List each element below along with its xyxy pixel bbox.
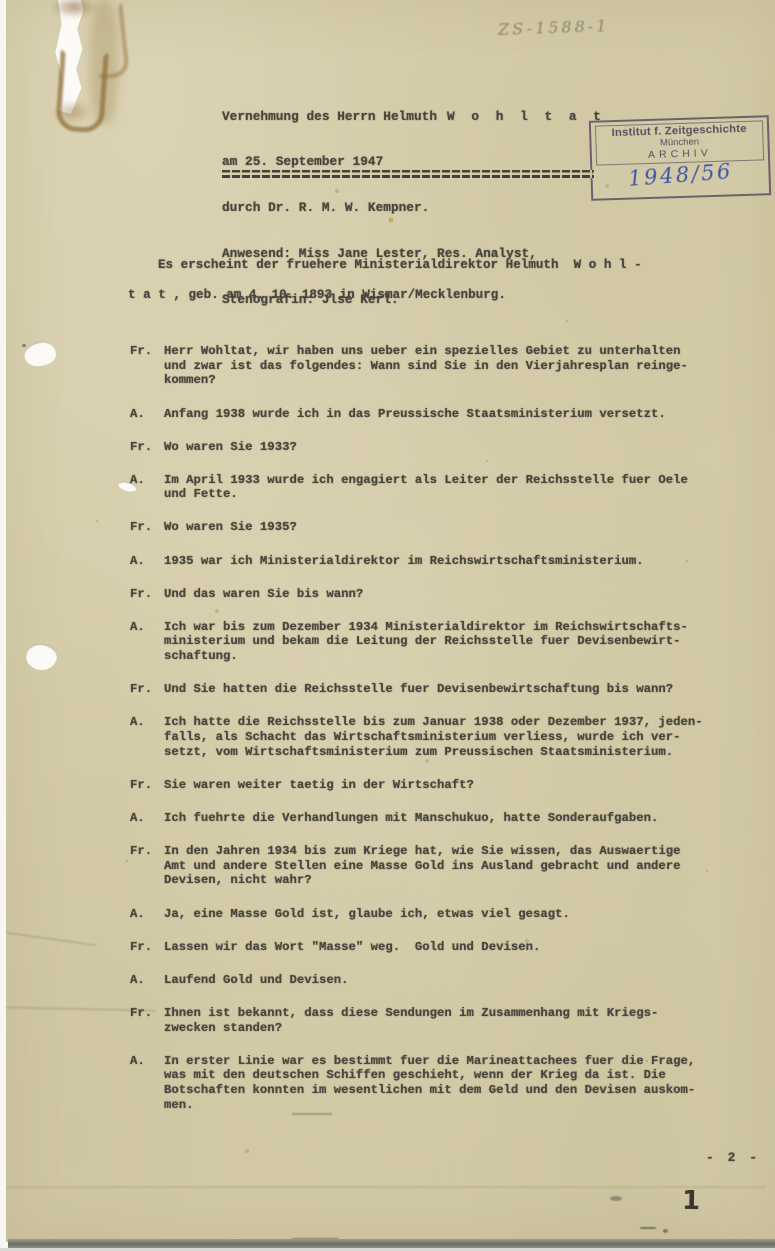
qa-speaker: Fr. (130, 1006, 164, 1035)
qa-text: Sie waren weiter taetig in der Wirtschaf… (164, 778, 474, 793)
qa-text: Ja, eine Masse Gold ist, glaube ich, etw… (164, 907, 570, 922)
punch-hole-middle (25, 642, 59, 671)
qa-text: Herr Wohltat, wir haben uns ueber ein sp… (164, 344, 688, 388)
qa-text: Ich hatte die Reichsstelle bis zum Janua… (164, 715, 703, 759)
qa-text: 1935 war ich Ministerialdirektor im Reic… (164, 554, 644, 569)
archive-stamp: Institut f. Zeitgeschichte München ARCHI… (589, 115, 771, 201)
qa-text: Lassen wir das Wort "Masse" weg. Gold un… (164, 940, 540, 955)
qa-speaker: Fr. (130, 844, 164, 888)
qa-speaker: A. (130, 473, 164, 502)
qa-row: A. Ich hatte die Reichsstelle bis zum Ja… (130, 715, 730, 759)
qa-speaker: A. (130, 715, 164, 759)
header-interrogator-line: durch Dr. R. M. W. Kempner. (222, 200, 605, 215)
qa-speaker: Fr. (130, 520, 164, 535)
qa-speaker: A. (130, 407, 164, 422)
ink-smudge (640, 1227, 656, 1229)
scanned-document-page: { "page": { "annotations": { "pencil_ref… (0, 0, 775, 1251)
qa-row: Fr. Und Sie hatten die Reichsstelle fuer… (130, 682, 730, 697)
qa-text: In erster Linie war es bestimmt fuer die… (164, 1054, 695, 1113)
qa-row: A. Im April 1933 wurde ich engagiert als… (130, 473, 730, 502)
punch-hole-speck (22, 344, 26, 347)
qa-row: Fr. Und das waren Sie bis wann? (130, 587, 730, 602)
qa-speaker: Fr. (130, 440, 164, 455)
qa-speaker: Fr. (130, 940, 164, 955)
qa-row: A. 1935 war ich Ministerialdirektor im R… (130, 554, 730, 569)
qa-speaker: A. (130, 907, 164, 922)
qa-text: Und Sie hatten die Reichsstelle fuer Dev… (164, 682, 673, 697)
punch-hole-top (22, 340, 57, 368)
qa-text: Laufend Gold und Devisen. (164, 973, 348, 988)
qa-speaker: Fr. (130, 682, 164, 697)
qa-speaker: A. (130, 1054, 164, 1113)
qa-row: Fr. Sie waren weiter taetig in der Wirts… (130, 778, 730, 793)
qa-row: Fr. Ihnen ist bekannt, dass diese Sendun… (130, 1006, 730, 1035)
next-page-marker: - 2 - (706, 1150, 760, 1165)
qa-text: In den Jahren 1934 bis zum Kriege hat, w… (164, 844, 681, 888)
qa-speaker: A. (130, 554, 164, 569)
qa-row: Fr. Wo waren Sie 1933? (130, 440, 730, 455)
qa-row: A. Ja, eine Masse Gold ist, glaube ich, … (130, 907, 730, 922)
qa-row: Fr. Lassen wir das Wort "Masse" weg. Gol… (130, 940, 730, 955)
pencil-archive-reference: ZS-1588-1 (498, 16, 610, 39)
qa-text: Im April 1933 wurde ich engagiert als Le… (164, 473, 688, 502)
rust-stain-blob (52, 100, 92, 124)
page-number-stamp: 1 (682, 1186, 701, 1216)
qa-text: Ich war bis zum Dezember 1934 Ministeria… (164, 620, 688, 664)
qa-row: A. Ich war bis zum Dezember 1934 Ministe… (130, 620, 730, 664)
header-title-line: Vernehmung des Herrn HelmuthW o h l t a … (222, 109, 605, 124)
qa-speaker: Fr. (130, 344, 164, 388)
rust-stain-arc (88, 2, 130, 79)
qa-row: A. Anfang 1938 wurde ich in das Preussis… (130, 407, 730, 422)
fold-crease-bottom (6, 1186, 766, 1188)
qa-text: Anfang 1938 wurde ich in das Preussische… (164, 407, 666, 422)
scanner-edge-bar (8, 1239, 775, 1248)
qa-speaker: Fr. (130, 778, 164, 793)
qa-row: Fr. Herr Wohltat, wir haben uns ueber ei… (130, 344, 730, 388)
ink-smudge (610, 1196, 622, 1201)
header-title-name: W o h l t a t (447, 109, 605, 124)
qa-speaker: A. (130, 811, 164, 826)
fold-crease-corner (6, 932, 95, 947)
header-date-line: am 25. September 1947 (222, 154, 605, 169)
qa-row: A. Ich fuehrte die Verhandlungen mit Man… (130, 811, 730, 826)
qa-row: A. Laufend Gold und Devisen. (130, 973, 730, 988)
qa-row: Fr. Wo waren Sie 1935? (130, 520, 730, 535)
header-title-prefix: Vernehmung des Herrn Helmuth (222, 109, 437, 124)
paper-sheet: ZS-1588-1 Institut f. Zeitgeschichte Mün… (6, 0, 775, 1242)
intro-paragraph: Es erscheint der fruehere Ministerialdir… (128, 250, 642, 310)
qa-text: Wo waren Sie 1935? (164, 520, 297, 535)
qa-list: Fr. Herr Wohltat, wir haben uns ueber ei… (130, 344, 730, 1131)
ink-smudge (292, 1113, 332, 1115)
ink-smudge (663, 1229, 668, 1233)
qa-text: Und das waren Sie bis wann? (164, 587, 363, 602)
qa-text: Ich fuehrte die Verhandlungen mit Mansch… (164, 811, 658, 826)
paper-speckles (6, 0, 8, 2)
qa-row: Fr. In den Jahren 1934 bis zum Kriege ha… (130, 844, 730, 888)
qa-row: A. In erster Linie war es bestimmt fuer … (130, 1054, 730, 1113)
qa-speaker: A. (130, 973, 164, 988)
qa-speaker: A. (130, 620, 164, 664)
qa-text: Wo waren Sie 1933? (164, 440, 297, 455)
qa-text: Ihnen ist bekannt, dass diese Sendungen … (164, 1006, 658, 1035)
qa-speaker: Fr. (130, 587, 164, 602)
header-underline (222, 170, 594, 178)
